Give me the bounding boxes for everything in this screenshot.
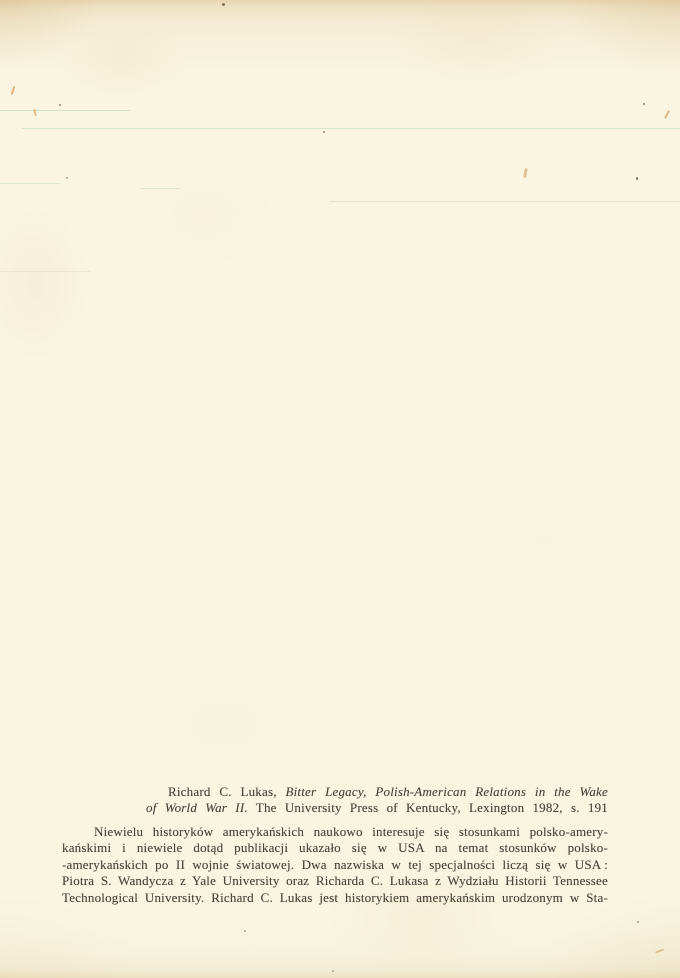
- paper-fiber: [33, 109, 37, 116]
- paper-speck: [332, 970, 334, 972]
- paper-speck: [59, 104, 61, 106]
- paragraph-line: -amerykańskich po II wojnie światowej. D…: [62, 857, 608, 873]
- citation-title-part1: Bitter Legacy, Polish-American Relations…: [285, 784, 608, 799]
- paper-crease-line: [0, 271, 90, 272]
- paper-fiber: [11, 86, 16, 95]
- paper-speck: [323, 131, 325, 133]
- scan-artifact-line: [140, 188, 180, 189]
- paper-speck: [636, 177, 638, 180]
- paper-speck: [643, 103, 645, 105]
- paper-speck: [244, 930, 246, 932]
- paragraph-line: Niewielu historyków amerykańskich naukow…: [62, 824, 608, 840]
- paragraph-line: Piotra S. Wandycza z Yale University ora…: [62, 873, 608, 889]
- scan-artifact-line: [0, 110, 130, 111]
- review-paragraph: Niewielu historyków amerykańskich naukow…: [62, 824, 608, 906]
- citation-line-2: of World War II. The University Press of…: [62, 800, 608, 816]
- paper-speck: [637, 921, 639, 923]
- scan-artifact-line: [0, 183, 60, 184]
- scan-artifact-line: [22, 128, 680, 129]
- paper-speck: [66, 177, 68, 179]
- scanned-page: Richard C. Lukas, Bitter Legacy, Polish-…: [0, 0, 680, 978]
- paper-speck: [222, 3, 225, 6]
- paper-crease-line: [330, 201, 680, 202]
- paragraph-line: kańskimi i niewiele dotąd publikacji uka…: [62, 840, 608, 856]
- book-citation: Richard C. Lukas, Bitter Legacy, Polish-…: [62, 784, 608, 817]
- citation-publisher: The University Press of Kentucky, Lexing…: [256, 800, 608, 815]
- paper-fiber: [523, 168, 528, 178]
- paper-fiber: [655, 948, 664, 953]
- citation-title-part2: of World War II.: [146, 800, 248, 815]
- citation-line-1: Richard C. Lukas, Bitter Legacy, Polish-…: [62, 784, 608, 800]
- citation-author: Richard C. Lukas,: [168, 784, 277, 799]
- paragraph-line: Technological University. Richard C. Luk…: [62, 890, 608, 906]
- paper-fiber: [664, 110, 670, 119]
